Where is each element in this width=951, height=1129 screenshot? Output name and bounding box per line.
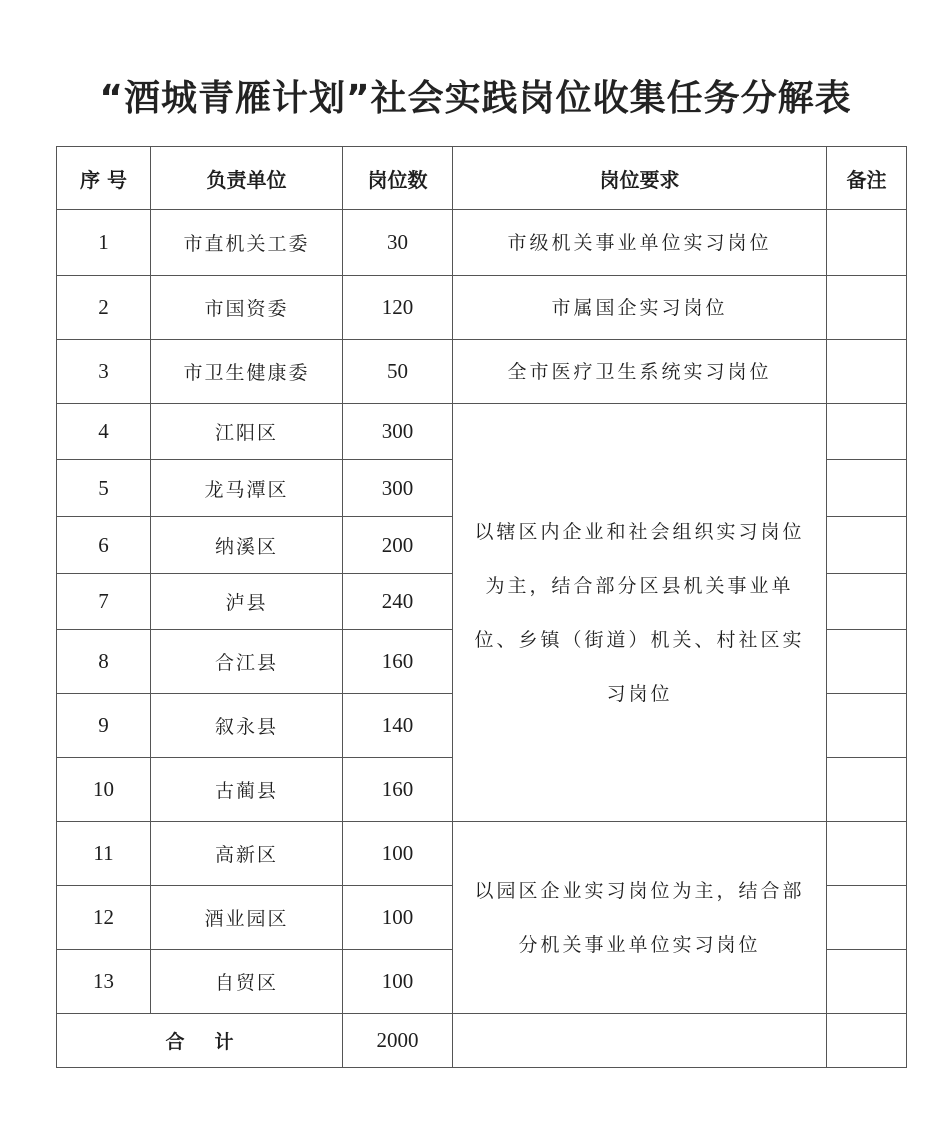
row-note (827, 694, 907, 758)
row-note (827, 404, 907, 460)
row-note (827, 574, 907, 630)
row-index: 11 (57, 822, 151, 886)
row-unit: 市国资委 (151, 276, 343, 340)
row-index: 7 (57, 574, 151, 630)
table-row: 2 市国资委 120 市属国企实习岗位 (57, 276, 907, 340)
row-note (827, 340, 907, 404)
row-index: 12 (57, 886, 151, 950)
row-unit: 泸县 (151, 574, 343, 630)
document-title: “酒城青雁计划”社会实践岗位收集任务分解表 (0, 70, 951, 121)
row-unit: 龙马潭区 (151, 460, 343, 517)
row-index: 4 (57, 404, 151, 460)
header-index: 序 号 (57, 147, 151, 210)
row-note (827, 460, 907, 517)
row-requirement: 市级机关事业单位实习岗位 (453, 210, 827, 276)
row-note (827, 758, 907, 822)
row-count: 240 (343, 574, 453, 630)
header-requirement: 岗位要求 (453, 147, 827, 210)
row-note (827, 630, 907, 694)
row-index: 9 (57, 694, 151, 758)
row-count: 30 (343, 210, 453, 276)
row-unit: 酒业园区 (151, 886, 343, 950)
row-count: 100 (343, 822, 453, 886)
row-index: 2 (57, 276, 151, 340)
row-note (827, 886, 907, 950)
row-count: 200 (343, 517, 453, 574)
row-index: 1 (57, 210, 151, 276)
header-unit: 负责单位 (151, 147, 343, 210)
total-note (827, 1014, 907, 1068)
row-note (827, 822, 907, 886)
row-unit: 自贸区 (151, 950, 343, 1014)
row-count: 100 (343, 886, 453, 950)
row-count: 140 (343, 694, 453, 758)
total-count: 2000 (343, 1014, 453, 1068)
row-count: 50 (343, 340, 453, 404)
row-unit: 纳溪区 (151, 517, 343, 574)
row-unit: 市卫生健康委 (151, 340, 343, 404)
row-index: 8 (57, 630, 151, 694)
table-row: 3 市卫生健康委 50 全市医疗卫生系统实习岗位 (57, 340, 907, 404)
total-row: 合计 2000 (57, 1014, 907, 1068)
row-unit: 江阳区 (151, 404, 343, 460)
merged-requirement-parks: 以园区企业实习岗位为主，结合部分机关事业单位实习岗位 (453, 822, 827, 1014)
row-requirement: 市属国企实习岗位 (453, 276, 827, 340)
row-note (827, 210, 907, 276)
row-count: 100 (343, 950, 453, 1014)
total-label: 合计 (57, 1014, 343, 1068)
row-note (827, 276, 907, 340)
merged-requirement-districts: 以辖区内企业和社会组织实习岗位为主，结合部分区县机关事业单位、乡镇（街道）机关、… (453, 404, 827, 822)
row-index: 13 (57, 950, 151, 1014)
table-row: 4 江阳区 300 以辖区内企业和社会组织实习岗位为主，结合部分区县机关事业单位… (57, 404, 907, 460)
row-requirement: 全市医疗卫生系统实习岗位 (453, 340, 827, 404)
row-unit: 合江县 (151, 630, 343, 694)
table-row: 11 高新区 100 以园区企业实习岗位为主，结合部分机关事业单位实习岗位 (57, 822, 907, 886)
total-requirement (453, 1014, 827, 1068)
task-breakdown-table: 序 号 负责单位 岗位数 岗位要求 备注 1 市直机关工委 30 市级机关事业单… (56, 146, 907, 1068)
row-unit: 高新区 (151, 822, 343, 886)
row-unit: 市直机关工委 (151, 210, 343, 276)
row-unit: 叙永县 (151, 694, 343, 758)
row-count: 300 (343, 404, 453, 460)
row-unit: 古蔺县 (151, 758, 343, 822)
row-count: 120 (343, 276, 453, 340)
table-row: 1 市直机关工委 30 市级机关事业单位实习岗位 (57, 210, 907, 276)
row-count: 300 (343, 460, 453, 517)
row-index: 6 (57, 517, 151, 574)
row-index: 10 (57, 758, 151, 822)
row-note (827, 517, 907, 574)
row-count: 160 (343, 630, 453, 694)
row-index: 3 (57, 340, 151, 404)
row-count: 160 (343, 758, 453, 822)
row-note (827, 950, 907, 1014)
header-count: 岗位数 (343, 147, 453, 210)
header-row: 序 号 负责单位 岗位数 岗位要求 备注 (57, 147, 907, 210)
header-note: 备注 (827, 147, 907, 210)
row-index: 5 (57, 460, 151, 517)
